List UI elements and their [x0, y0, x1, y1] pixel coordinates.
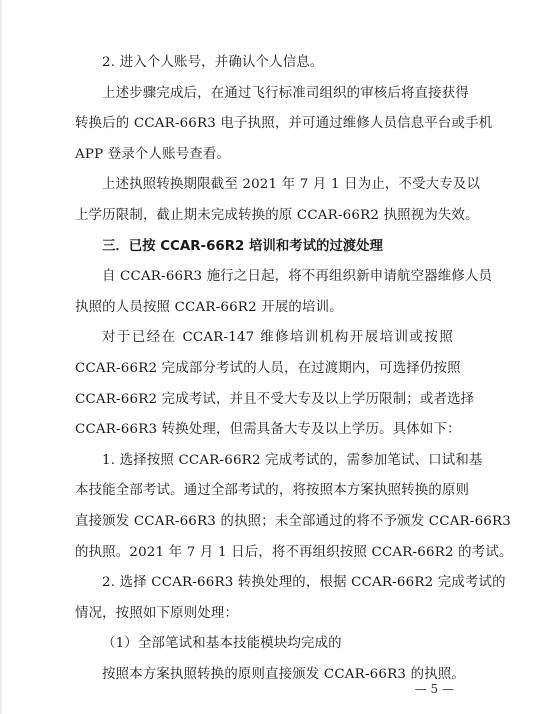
text-line: 情况，按照如下原则处理： — [75, 599, 453, 630]
paragraph-step-2: 2. 进入个人账号，并确认个人信息。 — [75, 48, 453, 79]
text-line: CCAR-66R3 转换处理，但需具备大专及以上学历。具体如下： — [75, 415, 453, 446]
paragraph-option-1: 1. 选择按照 CCAR-66R2 完成考试的，需参加笔试、口试和基 本技能全部… — [75, 446, 453, 568]
page-edge — [0, 0, 2, 714]
text-line: CCAR-66R2 完成考试，并且不受大专及以上学历限制；或者选择 — [75, 385, 453, 416]
text-line: APP 登录个人账号查看。 — [75, 140, 453, 171]
text-line: 2. 选择 CCAR-66R3 转换处理的，根据 CCAR-66R2 完成考试的 — [75, 568, 453, 599]
text-line: 转换后的 CCAR-66R3 电子执照，并可通过维修人员信息平台或手机 — [75, 109, 453, 140]
section-3-heading: 三．已按 CCAR-66R2 培训和考试的过渡处理 — [75, 232, 453, 263]
text-line: 直接颁发 CCAR-66R3 的执照；未全部通过的将不予颁发 CCAR-66R3 — [75, 507, 453, 538]
paragraph-since-r3: 自 CCAR-66R3 施行之日起，将不再组织新申请航空器维修人员 执照的人员按… — [75, 262, 453, 323]
section-heading: 三．已按 CCAR-66R2 培训和考试的过渡处理 — [75, 232, 453, 263]
paragraph-case-1-body: 按照本方案执照转换的原则直接颁发 CCAR-66R3 的执照。 — [75, 660, 453, 691]
text-line: 对于已经在 CCAR-147 维修培训机构开展培训或按照 — [75, 323, 453, 354]
document-page: 2. 进入个人账号，并确认个人信息。 上述步骤完成后，在通过飞行标准司组织的审核… — [75, 48, 453, 690]
text-line: 上述步骤完成后，在通过飞行标准司组织的审核后将直接获得 — [75, 79, 453, 110]
text-line: 2. 进入个人账号，并确认个人信息。 — [75, 48, 453, 79]
text-line: 自 CCAR-66R3 施行之日起，将不再组织新申请航空器维修人员 — [75, 262, 453, 293]
text-line: 上学历限制，截止期未完成转换的原 CCAR-66R2 执照视为失效。 — [75, 201, 453, 232]
text-line: 本技能全部考试。通过全部考试的，将按照本方案执照转换的原则 — [75, 476, 453, 507]
text-line: 1. 选择按照 CCAR-66R2 完成考试的，需参加笔试、口试和基 — [75, 446, 453, 477]
paragraph-deadline: 上述执照转换期限截至 2021 年 7 月 1 日为止，不受大专及以 上学历限制… — [75, 170, 453, 231]
text-line: （1）全部笔试和基本技能模块均完成的 — [75, 629, 453, 660]
text-line: 执照的人员按照 CCAR-66R2 开展的培训。 — [75, 293, 453, 324]
paragraph-case-1-title: （1）全部笔试和基本技能模块均完成的 — [75, 629, 453, 660]
text-line: 上述执照转换期限截至 2021 年 7 月 1 日为止，不受大专及以 — [75, 170, 453, 201]
text-line: 的执照。2021 年 7 月 1 日后，将不再组织按照 CCAR-66R2 的考… — [75, 538, 453, 569]
paragraph-option-2: 2. 选择 CCAR-66R3 转换处理的，根据 CCAR-66R2 完成考试的… — [75, 568, 453, 629]
text-line: CCAR-66R2 完成部分考试的人员，在过渡期内，可选择仍按照 — [75, 354, 453, 385]
page-number: — 5 — — [410, 682, 454, 696]
paragraph-transition-options: 对于已经在 CCAR-147 维修培训机构开展培训或按照 CCAR-66R2 完… — [75, 323, 453, 445]
text-line: 按照本方案执照转换的原则直接颁发 CCAR-66R3 的执照。 — [75, 660, 453, 691]
paragraph-after-steps: 上述步骤完成后，在通过飞行标准司组织的审核后将直接获得 转换后的 CCAR-66… — [75, 79, 453, 171]
